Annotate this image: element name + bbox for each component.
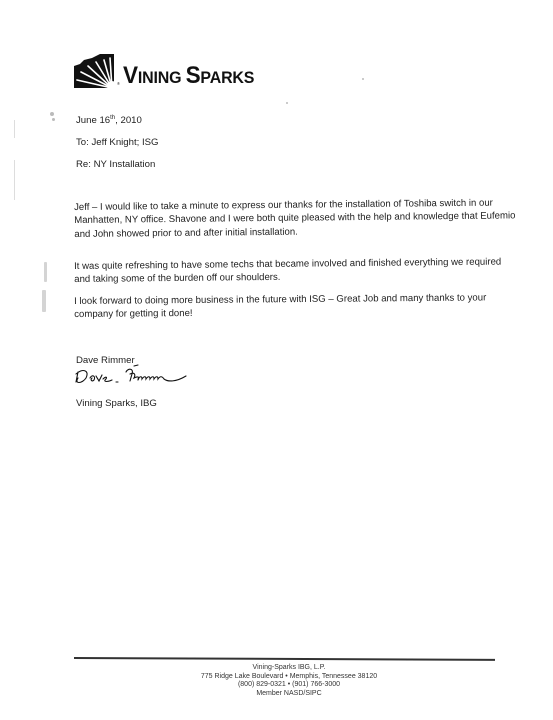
scan-speck (44, 262, 47, 282)
body-paragraph-1: Jeff – I would like to take a minute to … (74, 196, 514, 241)
scan-speck (362, 78, 364, 80)
footer-membership: Member NASD/SIPC (180, 690, 398, 699)
signer-company: Vining Sparks, IBG (76, 397, 157, 410)
body-paragraph-3: I look forward to doing more business in… (74, 291, 514, 322)
footer-address: 775 Ridge Lake Boulevard • Memphis, Tenn… (180, 673, 398, 682)
subject-line: Re: NY Installation (76, 158, 155, 171)
registered-mark: ® (117, 81, 120, 86)
handwritten-signature-icon (72, 364, 192, 388)
scan-speck (52, 118, 55, 121)
scan-speck (14, 160, 15, 200)
letter-date: June 16th, 2010 (76, 114, 142, 127)
company-logo: ® VINING SPARKS (74, 54, 263, 88)
letterhead-footer: Vining-Sparks IBG, L.P. 775 Ridge Lake B… (180, 664, 398, 698)
scan-speck (50, 112, 54, 116)
scan-speck (42, 290, 46, 312)
scan-speck (286, 102, 288, 104)
letter-page: ® VINING SPARKS June 16th, 2010 To: Jeff… (0, 0, 553, 720)
footer-phone: (800) 829-0321 • (901) 766-3000 (180, 681, 398, 690)
scan-speck (14, 120, 15, 138)
recipient-line: To: Jeff Knight; ISG (76, 136, 158, 149)
sunburst-logo-icon (74, 54, 116, 88)
body-paragraph-2: It was quite refreshing to have some tec… (74, 255, 514, 286)
footer-divider (74, 657, 495, 660)
footer-company: Vining-Sparks IBG, L.P. (180, 664, 398, 673)
company-wordmark: VINING SPARKS (123, 64, 254, 88)
